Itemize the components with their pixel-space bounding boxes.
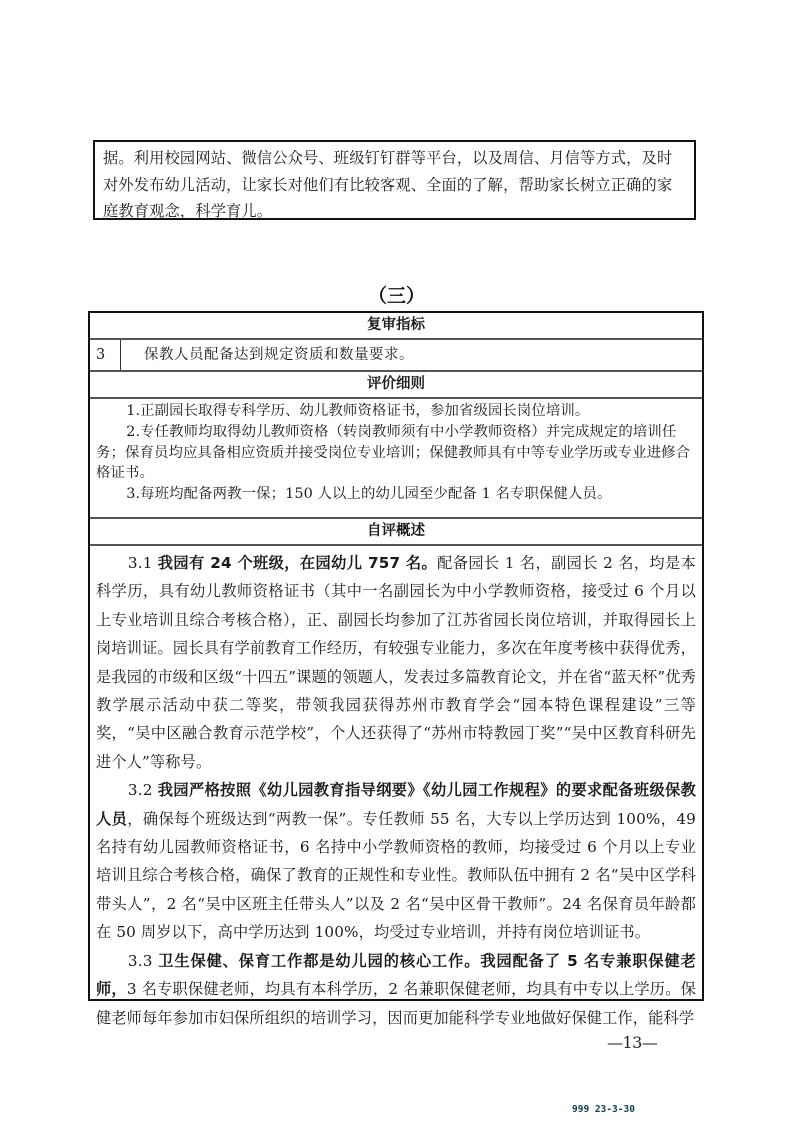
criteria-item: 3.每班均配备两教一保；150 人以上的幼儿园至少配备 1 名专职保健人员。	[96, 484, 696, 505]
criteria-content: 1.正副园长取得专科学历、幼儿教师资格证书，参加省级园长岗位培训。 2.专任教师…	[90, 399, 702, 519]
paragraph-number: 3.1	[128, 554, 158, 572]
indicator-number: 3	[90, 340, 121, 370]
review-table: 复审指标 3 保教人员配备达到规定资质和数量要求。 评价细则 1.正副园长取得专…	[88, 311, 704, 1001]
paragraph-body: 3 名专职保健老师，均具有本科学历，2 名兼职保健老师，均具有中专以上学历。保健…	[96, 980, 696, 1026]
indicator-row: 3 保教人员配备达到规定资质和数量要求。	[90, 340, 702, 372]
text-line: 对外发布幼儿活动，让家长对他们有比较客观、全面的了解，帮助家长树立正确的家	[103, 172, 686, 199]
continued-text-box: 据。利用校园网站、微信公众号、班级钉钉群等平台，以及周信、月信等方式，及时 对外…	[93, 140, 696, 220]
summary-paragraph-1: 3.1 我园有 24 个班级，在园幼儿 757 名。配备园长 1 名，副园长 2…	[96, 549, 696, 776]
criteria-header: 评价细则	[90, 372, 702, 399]
text-line: 据。利用校园网站、微信公众号、班级钉钉群等平台，以及周信、月信等方式，及时	[103, 145, 686, 172]
summary-paragraph-2: 3.2 我园严格按照《幼儿园教育指导纲要》《幼儿园工作规程》的要求配备班级保教人…	[96, 776, 696, 946]
review-indicator-header: 复审指标	[90, 313, 702, 340]
page-number: —13—	[607, 1033, 657, 1053]
paragraph-number: 3.2	[128, 781, 158, 799]
paragraph-body: ，确保每个班级达到“两教一保”。专任教师 55 名，大专以上学历达到 100%，…	[96, 810, 696, 942]
paragraph-lead: 我园有 24 个班级，在园幼儿 757 名。	[158, 554, 437, 572]
summary-paragraph-3: 3.3 卫生保健、保育工作都是幼儿园的核心工作。我园配备了 5 名专兼职保健老师…	[96, 947, 696, 1032]
paragraph-number: 3.3	[128, 952, 158, 970]
paragraph-body: 配备园长 1 名，副园长 2 名，均是本科学历，具有幼儿教师资格证书（其中一名副…	[96, 554, 696, 771]
footer-stamp: 999 23-3-30	[572, 1104, 635, 1116]
criteria-item: 2.专任教师均取得幼儿教师资格（转岗教师须有中小学教师资格）并完成规定的培训任务…	[96, 422, 696, 484]
summary-content: 3.1 我园有 24 个班级，在园幼儿 757 名。配备园长 1 名，副园长 2…	[90, 546, 702, 999]
summary-header: 自评概述	[90, 519, 702, 546]
section-title: （三）	[0, 283, 793, 309]
criteria-item: 1.正副园长取得专科学历、幼儿教师资格证书，参加省级园长岗位培训。	[96, 401, 696, 422]
text-line: 庭教育观念，科学育儿。	[103, 198, 686, 225]
indicator-text: 保教人员配备达到规定资质和数量要求。	[121, 340, 702, 370]
